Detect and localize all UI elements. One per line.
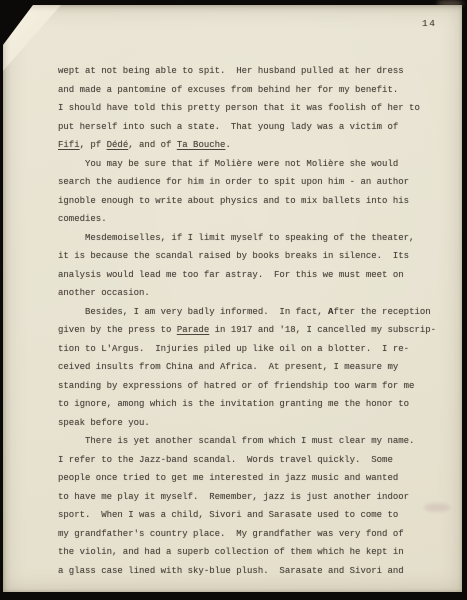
text-segment: it is because the scandal raised by book… — [58, 251, 409, 261]
text-line-8: ignoble enough to write about physics an… — [58, 192, 438, 211]
text-segment: people once tried to get me interested i… — [58, 473, 398, 483]
text-line-18: standing by expressions of hatred or of … — [58, 377, 438, 396]
text-line-27: the violin, and had a superb collection … — [58, 543, 438, 562]
text-line-16: tion to L'Argus. Injuries piled up like … — [58, 340, 438, 359]
text-segment: analysis would lead me too far astray. F… — [58, 270, 404, 280]
text-line-4: put herself into such a state. That youn… — [58, 118, 438, 137]
text-line-7: search the audience for him in order to … — [58, 173, 438, 192]
text-line-26: my grandfather's country place. My grand… — [58, 525, 438, 544]
text-line-13: another occasion. — [58, 284, 438, 303]
text-line-25: sport. When I was a child, Sivori and Sa… — [58, 506, 438, 525]
text-segment: standing by expressions of hatred or of … — [58, 381, 414, 391]
text-line-2: and made a pantomine of excuses from beh… — [58, 81, 438, 100]
text-segment: put herself into such a state. That youn… — [58, 122, 398, 132]
text-line-1: wept at not being able to spit. Her husb… — [58, 62, 438, 81]
text-segment: ignoble enough to write about physics an… — [58, 196, 409, 206]
text-line-24: to have me play it myself. Remember, jaz… — [58, 488, 438, 507]
text-segment: and made a pantomine of excuses from beh… — [58, 85, 398, 95]
text-segment: You may be sure that if Molière were not… — [85, 159, 398, 169]
text-segment: There is yet another scandal from which … — [85, 436, 414, 446]
text-segment: ceived insults from China and Africa. At… — [58, 362, 398, 372]
underlined-title: Parade — [177, 325, 209, 335]
scan-background: 14 wept at not being able to spit. Her h… — [0, 0, 467, 600]
text-line-6: You may be sure that if Molière were not… — [58, 155, 438, 174]
text-segment: I should have told this pretty person th… — [58, 103, 420, 113]
text-line-12: analysis would lead me too far astray. F… — [58, 266, 438, 285]
text-segment: my grandfather's country place. My grand… — [58, 529, 404, 539]
text-line-9: comedies. — [58, 210, 438, 229]
text-segment: I refer to the Jazz-band scandal. Words … — [58, 455, 393, 465]
page-number: 14 — [422, 18, 436, 29]
text-segment: in 1917 and '18, I cancelled my subscrip… — [209, 325, 436, 335]
text-segment: given by the press to — [58, 325, 177, 335]
text-segment: sport. When I was a child, Sivori and Sa… — [58, 510, 398, 520]
document-page: 14 wept at not being able to spit. Her h… — [3, 5, 462, 592]
text-line-3: I should have told this pretty person th… — [58, 99, 438, 118]
text-segment: a glass case lined with sky-blue plush. … — [58, 566, 404, 576]
text-segment: speak before you. — [58, 418, 150, 428]
text-segment: fter the reception — [333, 307, 430, 317]
text-segment: wept at not being able to spit. Her husb… — [58, 66, 404, 76]
text-line-14: Besides, I am very badly informed. In fa… — [58, 303, 438, 322]
text-segment: Mesdemoiselles, if I limit myself to spe… — [85, 233, 414, 243]
text-segment: search the audience for him in order to … — [58, 177, 409, 187]
text-line-15: given by the press to Parade in 1917 and… — [58, 321, 438, 340]
text-line-11: it is because the scandal raised by book… — [58, 247, 438, 266]
text-line-20: speak before you. — [58, 414, 438, 433]
underlined-title: Fifi — [58, 140, 80, 150]
typescript-body: wept at not being able to spit. Her husb… — [58, 62, 438, 580]
text-segment: to ignore, among which is the invitation… — [58, 399, 409, 409]
smudge-mark-margin — [424, 503, 450, 512]
text-segment: , pf — [80, 140, 107, 150]
text-segment: . — [225, 140, 230, 150]
text-line-23: people once tried to get me interested i… — [58, 469, 438, 488]
text-segment: Besides, I am very badly informed. In fa… — [85, 307, 328, 317]
text-line-22: I refer to the Jazz-band scandal. Words … — [58, 451, 438, 470]
underlined-title: Ta Bouche — [177, 140, 226, 150]
text-line-10: Mesdemoiselles, if I limit myself to spe… — [58, 229, 438, 248]
text-line-5: Fifi, pf Dédé, and of Ta Bouche. — [58, 136, 438, 155]
text-segment: tion to L'Argus. Injuries piled up like … — [58, 344, 409, 354]
text-segment: the violin, and had a superb collection … — [58, 547, 404, 557]
text-line-17: ceived insults from China and Africa. At… — [58, 358, 438, 377]
text-segment: to have me play it myself. Remember, jaz… — [58, 492, 409, 502]
text-line-19: to ignore, among which is the invitation… — [58, 395, 438, 414]
text-segment: , and of — [128, 140, 177, 150]
text-segment: another occasion. — [58, 288, 150, 298]
underlined-title: Dédé — [107, 140, 129, 150]
text-segment: comedies. — [58, 214, 107, 224]
text-line-21: There is yet another scandal from which … — [58, 432, 438, 451]
text-line-28: a glass case lined with sky-blue plush. … — [58, 562, 438, 581]
